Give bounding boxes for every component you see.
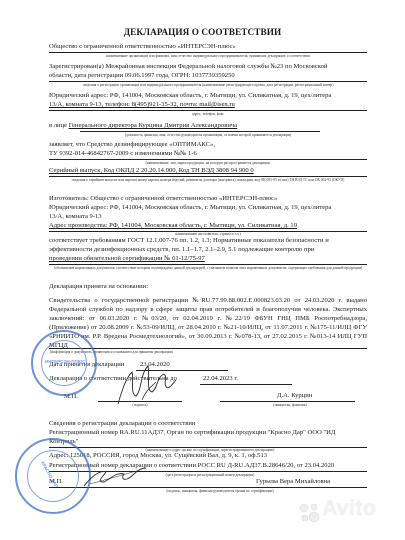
registration-line-1: Зарегистрирован(а) Межрайонная инспекция… <box>49 63 327 72</box>
reg-number-line-1: Регистрационный номер RA.RU.11АД37, Орга… <box>49 429 335 438</box>
signature-icon <box>80 464 150 490</box>
serial-line: Серийный выпуск, Код ОКПД 2 20.20.14.000… <box>49 167 254 176</box>
applicant-name: Общество с ограниченной ответственностью… <box>49 43 236 52</box>
product-caption: (наименование, тип, марка продукции, на … <box>49 161 367 165</box>
registration-caption: сведения о регистрации организации или и… <box>50 83 366 87</box>
signer-caption: (инициалы, фамилия) <box>250 403 330 407</box>
complies-line-2: эффективности дезинфекционных средств, п… <box>49 246 314 255</box>
represented-caption: (должность, фамилия, имя, отчество руков… <box>49 133 367 137</box>
address-caption: адрес, телефон, факс <box>49 112 367 116</box>
signature-icon <box>112 360 182 408</box>
divider <box>80 131 320 132</box>
valid-date: 22.04.2023 г. <box>203 375 238 384</box>
company-stamp: ИНТЕРСЭН-ПЛЮС <box>31 330 97 396</box>
manufacturer-line-3: 13/А, комната 9-13 <box>49 213 102 222</box>
divider <box>220 401 355 402</box>
represented-prefix: в лице <box>49 122 69 129</box>
legal-address-line-1: Юридический адрес: РФ, 141004, Московска… <box>49 92 331 101</box>
declaration-page: ДЕКЛАРАЦИЯ О СООТВЕТСТВИИ Общество с огр… <box>0 0 405 540</box>
manufacturer-line-1: Изготовитель: Общество с ограниченной от… <box>49 195 277 204</box>
basis-heading: Декларация принята на основании: <box>49 283 148 292</box>
divider <box>200 384 292 385</box>
complies-line-3: проведении обязательной сертификации № 0… <box>49 255 205 264</box>
legal-address-line-2: 13/А, комната 9-13, телефон: 8(495)921-3… <box>49 101 235 110</box>
applicant-caption: наименование организации или фамилия, им… <box>60 54 356 58</box>
manufacturer-line-2: Юридический адрес: РФ, 141004, Московска… <box>49 204 331 213</box>
certifier-caption: (подпись, инициалы, фамилия руководителя… <box>130 489 310 493</box>
document-title: ДЕКЛАРАЦИЯ О СООТВЕТСТВИИ <box>0 27 405 37</box>
certifier-name: Гурьева Вера Михайловна <box>256 478 330 487</box>
signer-name: Д.А. Курцин <box>277 392 312 401</box>
declares-line-2: ТУ 9392-014-46842767-2009 с изменениями … <box>49 150 197 159</box>
complies-caption: (обозначение нормативных документов, соо… <box>52 266 364 270</box>
serial-caption: сведения о серийном выпуске или партии (… <box>52 178 364 182</box>
manufacturer-caption: наименование изготовителя, страны и т.п.… <box>49 232 367 236</box>
divider <box>49 81 367 82</box>
represented-by-line: в лице Генерального директора Курцина Дм… <box>49 122 237 131</box>
reg-date-caption: (дата регистрации и регистрационный номе… <box>130 473 290 477</box>
represented-by: Генерального директора Курцина Дмитрия А… <box>69 122 237 129</box>
registration-info-heading: Сведения о регистрации декларации о соот… <box>49 420 195 429</box>
production-address: Адрес производства: РФ, 141004, Московск… <box>49 222 297 231</box>
registration-line-2: области, дата регистрации 09.06.1997 год… <box>49 72 235 81</box>
avito-logo-icon <box>298 502 320 524</box>
basis-text: Свидетельства о государственной регистра… <box>49 296 367 350</box>
declares-line-1: заявляет, что Средство дезинфицирующее «… <box>49 141 215 150</box>
complies-line-1: соответствует требованиям ГОСТ 12.1.007-… <box>49 237 329 246</box>
company-stamp-text: ИНТЕРСЭН-ПЛЮС <box>45 359 86 364</box>
avito-watermark: Avito <box>322 497 376 521</box>
